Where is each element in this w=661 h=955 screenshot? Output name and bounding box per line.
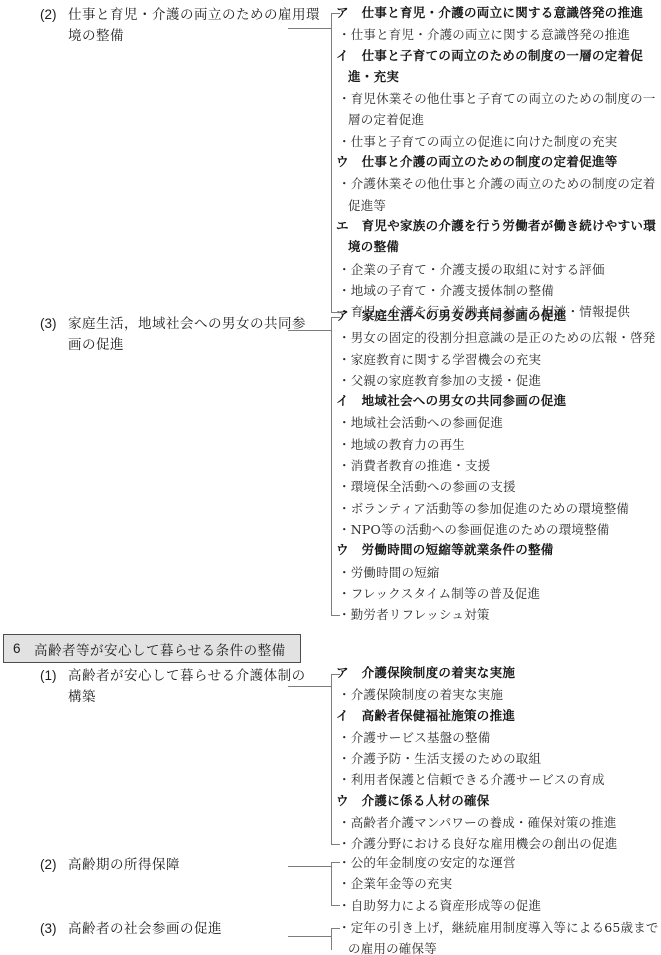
outline-item-text-line: 画の促進 bbox=[68, 335, 306, 356]
measure-bullet-line: ・地域社会活動への参画促進 bbox=[336, 412, 656, 433]
outline-item: (2) 高齢期の所得保障 bbox=[40, 855, 180, 876]
outline-item-label: 家庭生活，地域社会への男女の共同参画の促進 bbox=[68, 314, 306, 355]
outline-document: 6 高齢者等が安心して暮らせる条件の整備 (2) 仕事と育児・介護の両立のための… bbox=[0, 0, 661, 955]
bracket-vertical-line bbox=[331, 317, 332, 615]
bracket-vertical-line bbox=[331, 862, 332, 905]
measure-bullet-line: ・勤労者リフレッシュ対策 bbox=[336, 604, 656, 625]
measure-bullet-line: ・公的年金制度の安定的な運営 bbox=[336, 852, 541, 873]
outline-item-label: 仕事と育児・介護の両立のための雇用環境の整備 bbox=[68, 5, 320, 46]
outline-item-text-line: 構築 bbox=[68, 687, 306, 708]
bracket-vertical-line bbox=[331, 674, 332, 844]
outline-item-number: (2) bbox=[40, 5, 68, 26]
outline-item-text-line: 境の整備 bbox=[68, 26, 320, 47]
measure-bullet-line: ・育児休業その他仕事と子育ての両立のための制度の一 bbox=[336, 88, 656, 109]
measure-group: ・公的年金制度の安定的な運営・企業年金等の充実・自助努力による資産形成等の促進 bbox=[336, 852, 541, 916]
measure-bullet-line: ・男女の固定的役割分担意識の是正のための広報・啓発 bbox=[336, 327, 656, 348]
outline-item-text-line: 家庭生活，地域社会への男女の共同参 bbox=[68, 314, 306, 335]
measure-bullet-line: ・企業年金等の充実 bbox=[336, 873, 541, 894]
outline-item: (1) 高齢者が安心して暮らせる介護体制の構築 bbox=[40, 666, 306, 707]
measure-bullet-line: ・介護保険制度の着実な実施 bbox=[336, 684, 617, 705]
measure-bullet-line: ・介護予防・生活支援のための取組 bbox=[336, 748, 617, 769]
outline-item: (2) 仕事と育児・介護の両立のための雇用環境の整備 bbox=[40, 5, 320, 46]
measure-group: ア 仕事と育児・介護の両立に関する意識啓発の推進・仕事と育児・介護の両立に関する… bbox=[336, 3, 656, 322]
outline-item-label: 高齢者が安心して暮らせる介護体制の構築 bbox=[68, 666, 306, 707]
item-connector-line bbox=[288, 936, 331, 937]
measure-bullet-line: ・家庭教育に関する学習機会の充実 bbox=[336, 349, 656, 370]
bracket-top-tick bbox=[331, 13, 340, 14]
bracket-top-tick bbox=[331, 928, 340, 929]
bracket-top-tick bbox=[331, 317, 340, 318]
measure-bullet-line: ・地域の子育て・介護支援体制の整備 bbox=[336, 280, 656, 301]
item-connector-line bbox=[288, 686, 331, 687]
outline-item-number: (1) bbox=[40, 666, 68, 687]
measure-heading-line: ウ 介護に係る人材の確保 bbox=[336, 791, 617, 812]
measure-bullet-line: ・消費者教育の推進・支援 bbox=[336, 455, 656, 476]
item-connector-line bbox=[288, 330, 331, 331]
measure-bullet-line: ・介護休業その他仕事と介護の両立のための制度の定着 bbox=[336, 173, 656, 194]
measure-heading-line: エ 育児や家族の介護を行う労働者が働き続けやすい環 bbox=[336, 216, 656, 237]
measure-bullet-line: ・企業の子育て・介護支援の取組に対する評価 bbox=[336, 259, 656, 280]
measure-bullet-line: ・利用者保護と信頼できる介護サービスの育成 bbox=[336, 769, 617, 790]
measure-bullet-line: ・地域の教育力の再生 bbox=[336, 434, 656, 455]
bracket-top-tick bbox=[331, 674, 340, 675]
section-number: 6 bbox=[13, 641, 34, 656]
item-connector-line bbox=[288, 28, 331, 29]
measure-bullet-line: の雇用の確保等 bbox=[336, 938, 659, 955]
bracket-bottom-tick bbox=[331, 844, 340, 845]
measure-bullet-line: ・労働時間の短縮 bbox=[336, 562, 656, 583]
bracket-bottom-tick bbox=[331, 312, 340, 313]
outline-item-text-line: 高齢者の社会参画の促進 bbox=[68, 919, 222, 940]
outline-item-number: (3) bbox=[40, 314, 68, 335]
item-connector-line bbox=[288, 866, 331, 867]
bracket-bottom-tick bbox=[331, 615, 340, 616]
outline-item-number: (3) bbox=[40, 919, 68, 940]
outline-item-label: 高齢者の社会参画の促進 bbox=[68, 919, 222, 940]
section-header-box: 6 高齢者等が安心して暮らせる条件の整備 bbox=[3, 634, 301, 663]
bracket-vertical-line bbox=[331, 13, 332, 312]
measure-bullet-line: ・定年の引き上げ，継続雇用制度導入等による65歳まで bbox=[336, 917, 659, 938]
measure-bullet-line: 促進等 bbox=[336, 195, 656, 216]
measure-heading-line: イ 地域社会への男女の共同参画の促進 bbox=[336, 391, 656, 412]
measure-bullet-line: ・自助努力による資産形成等の促進 bbox=[336, 895, 541, 916]
measure-heading-line: ア 家庭生活への男女の共同参画の促進 bbox=[336, 306, 656, 327]
bracket-vertical-line bbox=[331, 928, 332, 950]
section-title: 高齢者等が安心して暮らせる条件の整備 bbox=[34, 639, 286, 659]
measure-bullet-line: ・仕事と育児・介護の両立に関する意識啓発の推進 bbox=[336, 24, 656, 45]
outline-item: (3) 家庭生活，地域社会への男女の共同参画の促進 bbox=[40, 314, 306, 355]
outline-item-number: (2) bbox=[40, 855, 68, 876]
measure-group: ア 家庭生活への男女の共同参画の促進・男女の固定的役割分担意識の是正のための広報… bbox=[336, 306, 656, 625]
measure-bullet-line: ・NPO等の活動への参画促進のための環境整備 bbox=[336, 519, 656, 540]
measure-heading-line: ウ 労働時間の短縮等就業条件の整備 bbox=[336, 540, 656, 561]
measure-bullet-line: ・高齢者介護マンパワーの養成・確保対策の推進 bbox=[336, 812, 617, 833]
measure-heading-line: ウ 仕事と介護の両立のための制度の定着促進等 bbox=[336, 152, 656, 173]
measure-heading-line: イ 仕事と子育ての両立のための制度の一層の定着促 bbox=[336, 46, 656, 67]
measure-bullet-line: ・仕事と子育ての両立の促進に向けた制度の充実 bbox=[336, 131, 656, 152]
measure-heading-line: ア 仕事と育児・介護の両立に関する意識啓発の推進 bbox=[336, 3, 656, 24]
measure-bullet-line: ・フレックスタイム制等の普及促進 bbox=[336, 583, 656, 604]
bracket-bottom-tick bbox=[331, 905, 340, 906]
measure-heading-line: イ 高齢者保健福祉施策の推進 bbox=[336, 706, 617, 727]
measure-heading-line: ア 介護保険制度の着実な実施 bbox=[336, 663, 617, 684]
outline-item-text-line: 仕事と育児・介護の両立のための雇用環 bbox=[68, 5, 320, 26]
outline-item-text-line: 高齢者が安心して暮らせる介護体制の bbox=[68, 666, 306, 687]
bracket-top-tick bbox=[331, 862, 340, 863]
measure-bullet-line: ・環境保全活動への参画の支援 bbox=[336, 476, 656, 497]
measure-bullet-line: ・ボランティア活動等の参加促進のための環境整備 bbox=[336, 498, 656, 519]
measure-bullet-line: ・父親の家庭教育参加の支援・促進 bbox=[336, 370, 656, 391]
outline-item-text-line: 高齢期の所得保障 bbox=[68, 855, 180, 876]
measure-bullet-line: ・介護サービス基盤の整備 bbox=[336, 727, 617, 748]
outline-item-label: 高齢期の所得保障 bbox=[68, 855, 180, 876]
measure-bullet-line: 層の定着促進 bbox=[336, 109, 656, 130]
outline-item: (3) 高齢者の社会参画の促進 bbox=[40, 919, 222, 940]
measure-group: ・定年の引き上げ，継続雇用制度導入等による65歳までの雇用の確保等 bbox=[336, 917, 659, 955]
measure-group: ア 介護保険制度の着実な実施・介護保険制度の着実な実施イ 高齢者保健福祉施策の推… bbox=[336, 663, 617, 855]
measure-heading-line: 境の整備 bbox=[336, 237, 656, 258]
measure-heading-line: 進・充実 bbox=[336, 67, 656, 88]
